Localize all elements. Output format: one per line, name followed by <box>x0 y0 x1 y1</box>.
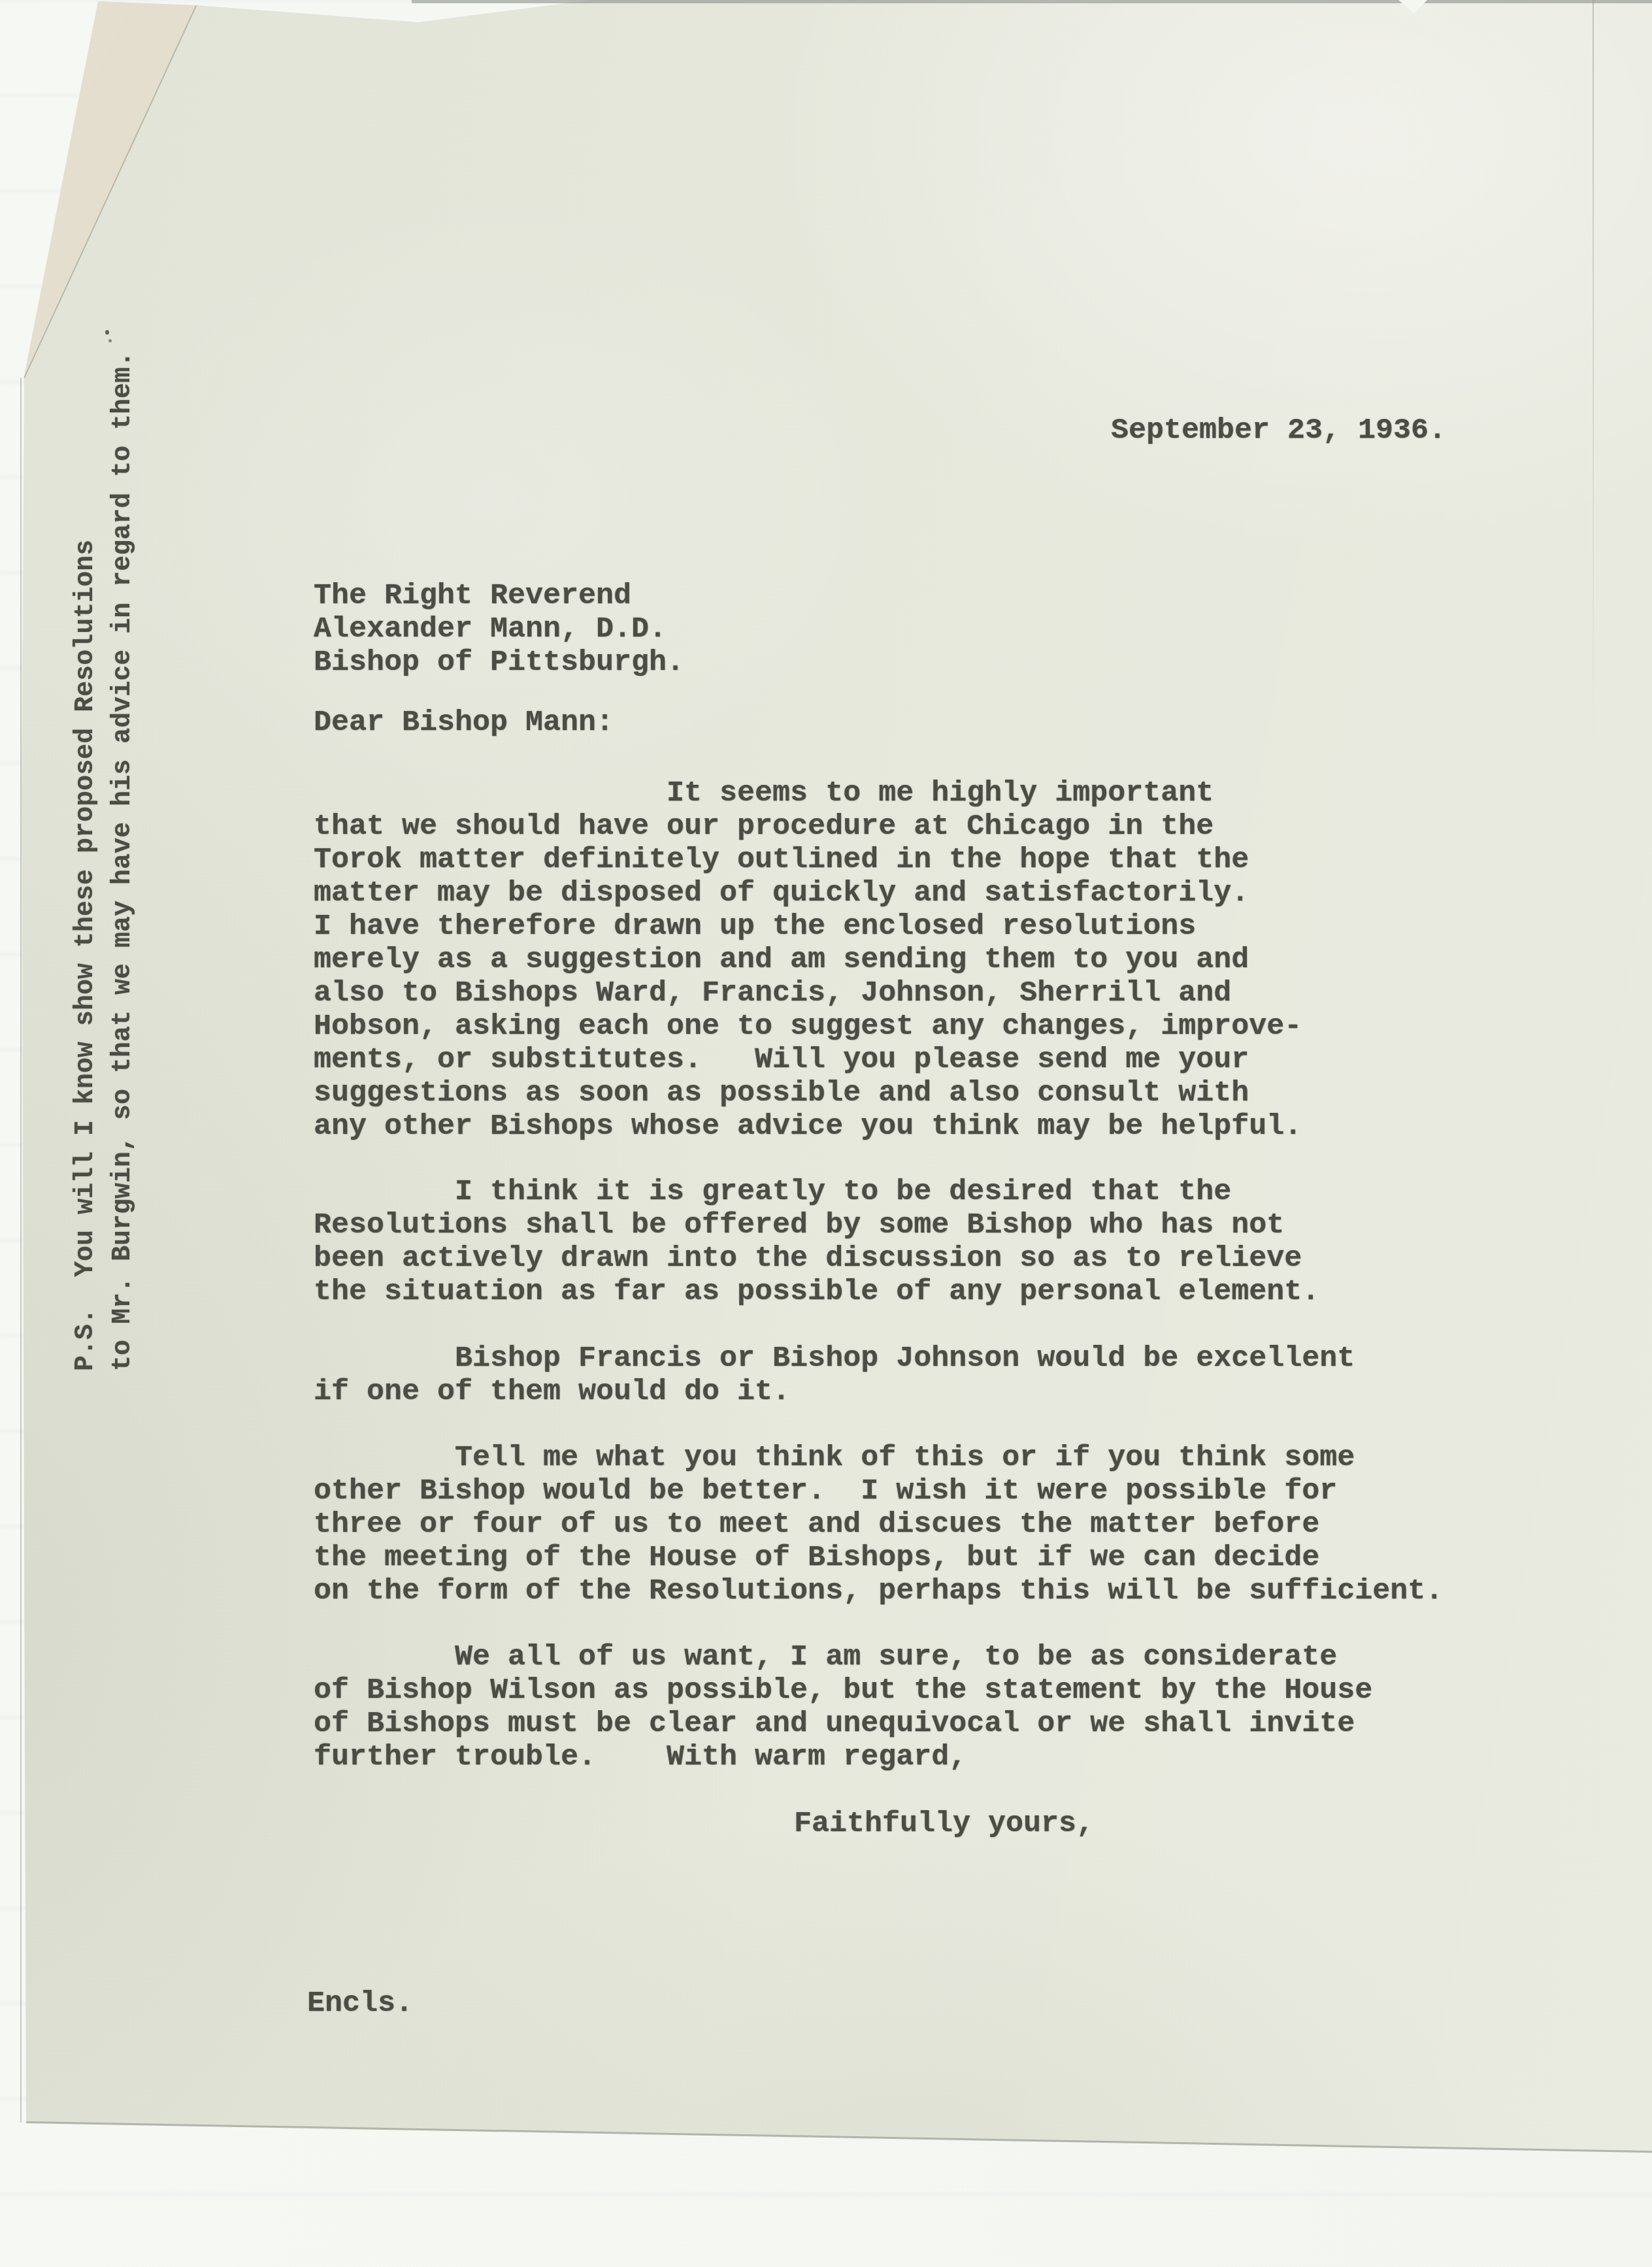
ink-speck <box>108 339 112 342</box>
postscript-vertical: P.S. You will I know show these proposed… <box>67 352 142 1371</box>
body-paragraph-1: It seems to me highly important that we … <box>314 776 1302 1143</box>
closing-line: Faithfully yours, <box>794 1807 1094 1840</box>
scan-top-edge <box>412 0 1652 3</box>
body-paragraph-4: Tell me what you think of this or if you… <box>314 1441 1443 1608</box>
vertical-crease <box>1593 0 1594 752</box>
recipient-address: The Right Reverend Alexander Mann, D.D. … <box>314 579 684 679</box>
body-paragraph-2: I think it is greatly to be desired that… <box>314 1175 1319 1308</box>
paper-left-edge <box>20 378 22 2123</box>
ink-speck <box>105 330 109 335</box>
letter-date: September 23, 1936. <box>1111 414 1446 447</box>
body-paragraph-3: Bishop Francis or Bishop Johnson would b… <box>314 1342 1355 1408</box>
body-paragraph-5: We all of us want, I am sure, to be as c… <box>314 1640 1372 1774</box>
salutation: Dear Bishop Mann: <box>314 706 614 739</box>
scanned-letter-page: September 23, 1936. The Right Reverend A… <box>0 0 1652 2267</box>
enclosure-note: Encls. <box>307 1987 413 2020</box>
